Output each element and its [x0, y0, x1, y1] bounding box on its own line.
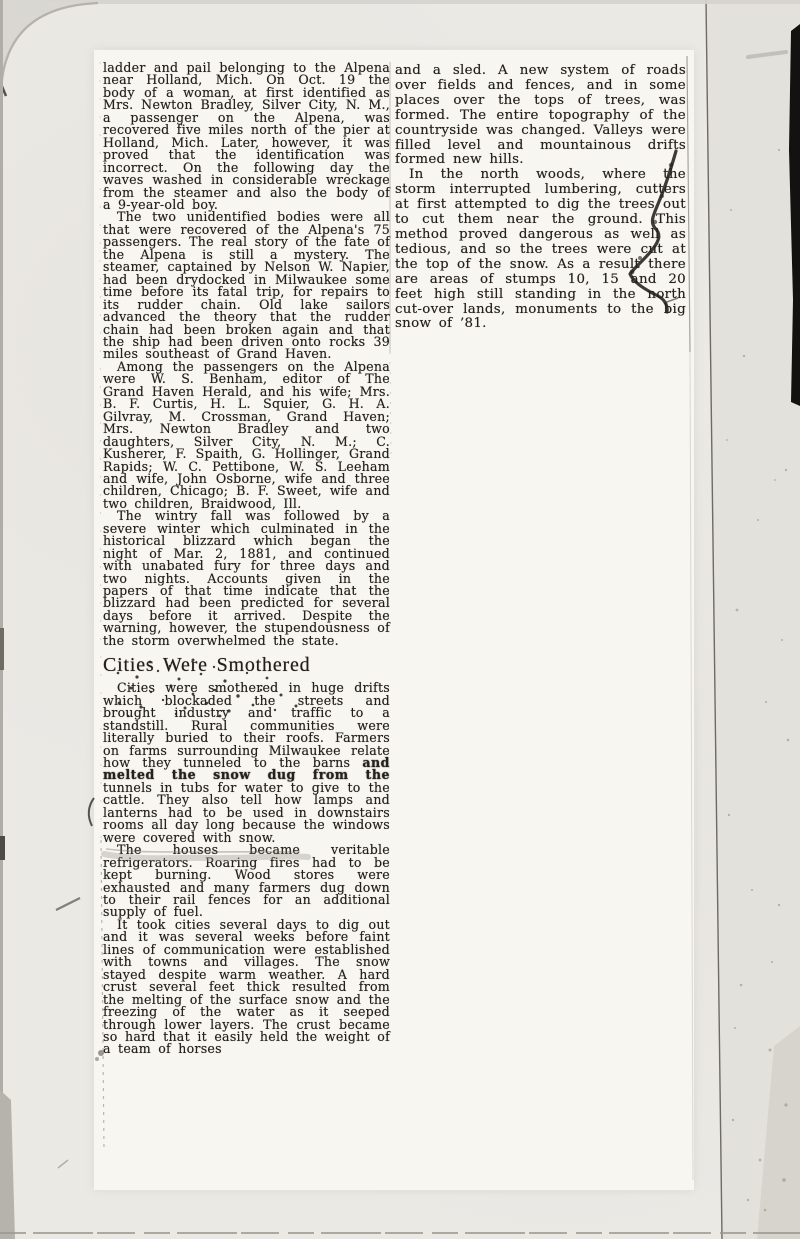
paragraph: It took cities several days to dig out a… [103, 919, 390, 1056]
left-strip-dark-segment [0, 836, 5, 860]
left-strip-lower-band [0, 1090, 15, 1239]
right-column: and a sled. A new system of roads over f… [395, 64, 686, 332]
paragraph: In the north woods, where the storm inte… [395, 168, 686, 332]
album-page: ladder and pail belonging to the Alpena … [0, 0, 800, 1239]
newspaper-clipping: ladder and pail belonging to the Alpena … [94, 50, 694, 1190]
page-corner-shadow [0, 0, 98, 94]
album-fold-panel [706, 0, 800, 1239]
left-column: ladder and pail belonging to the Alpena … [103, 62, 390, 1056]
paragraph-text: tunnels in tubs for water to give to the… [103, 780, 390, 845]
handwritten-initials: D.S. [728, 10, 779, 39]
paragraph: and a sled. A new system of roads over f… [395, 64, 686, 168]
scan-edge-black-band [789, 24, 800, 406]
pencil-dash [748, 52, 786, 57]
paragraph: ladder and pail belonging to the Alpena … [103, 62, 390, 211]
page-fold-line [706, 0, 722, 1239]
page-corner-arc [1, 3, 98, 94]
scan-edge-top-strip [0, 0, 800, 4]
paragraph: The houses became veritable refrigerator… [103, 844, 390, 919]
paragraph: The wintry fall was followed by a severe… [103, 510, 390, 647]
left-strip-dark-segment [0, 628, 4, 670]
margin-tick-mark [58, 1160, 68, 1168]
edge-tick-mark [1, 84, 6, 96]
margin-dash-mark [56, 898, 80, 910]
paragraph: Among the passengers on the Alpena were … [103, 361, 390, 510]
scan-corner-shading [757, 1026, 800, 1239]
scan-noise-speckles [726, 149, 789, 1211]
paragraph-text: Cities were smothered in huge drifts whi… [103, 680, 390, 770]
left-strip-dark-segment [0, 1130, 4, 1160]
paragraph: Cities were smothered in huge drifts whi… [103, 682, 390, 844]
scan-edge-left-strip [0, 0, 3, 1239]
section-heading: Cities Were Smothered [103, 654, 390, 677]
paragraph: The two unidentified bodies were all tha… [103, 211, 390, 360]
